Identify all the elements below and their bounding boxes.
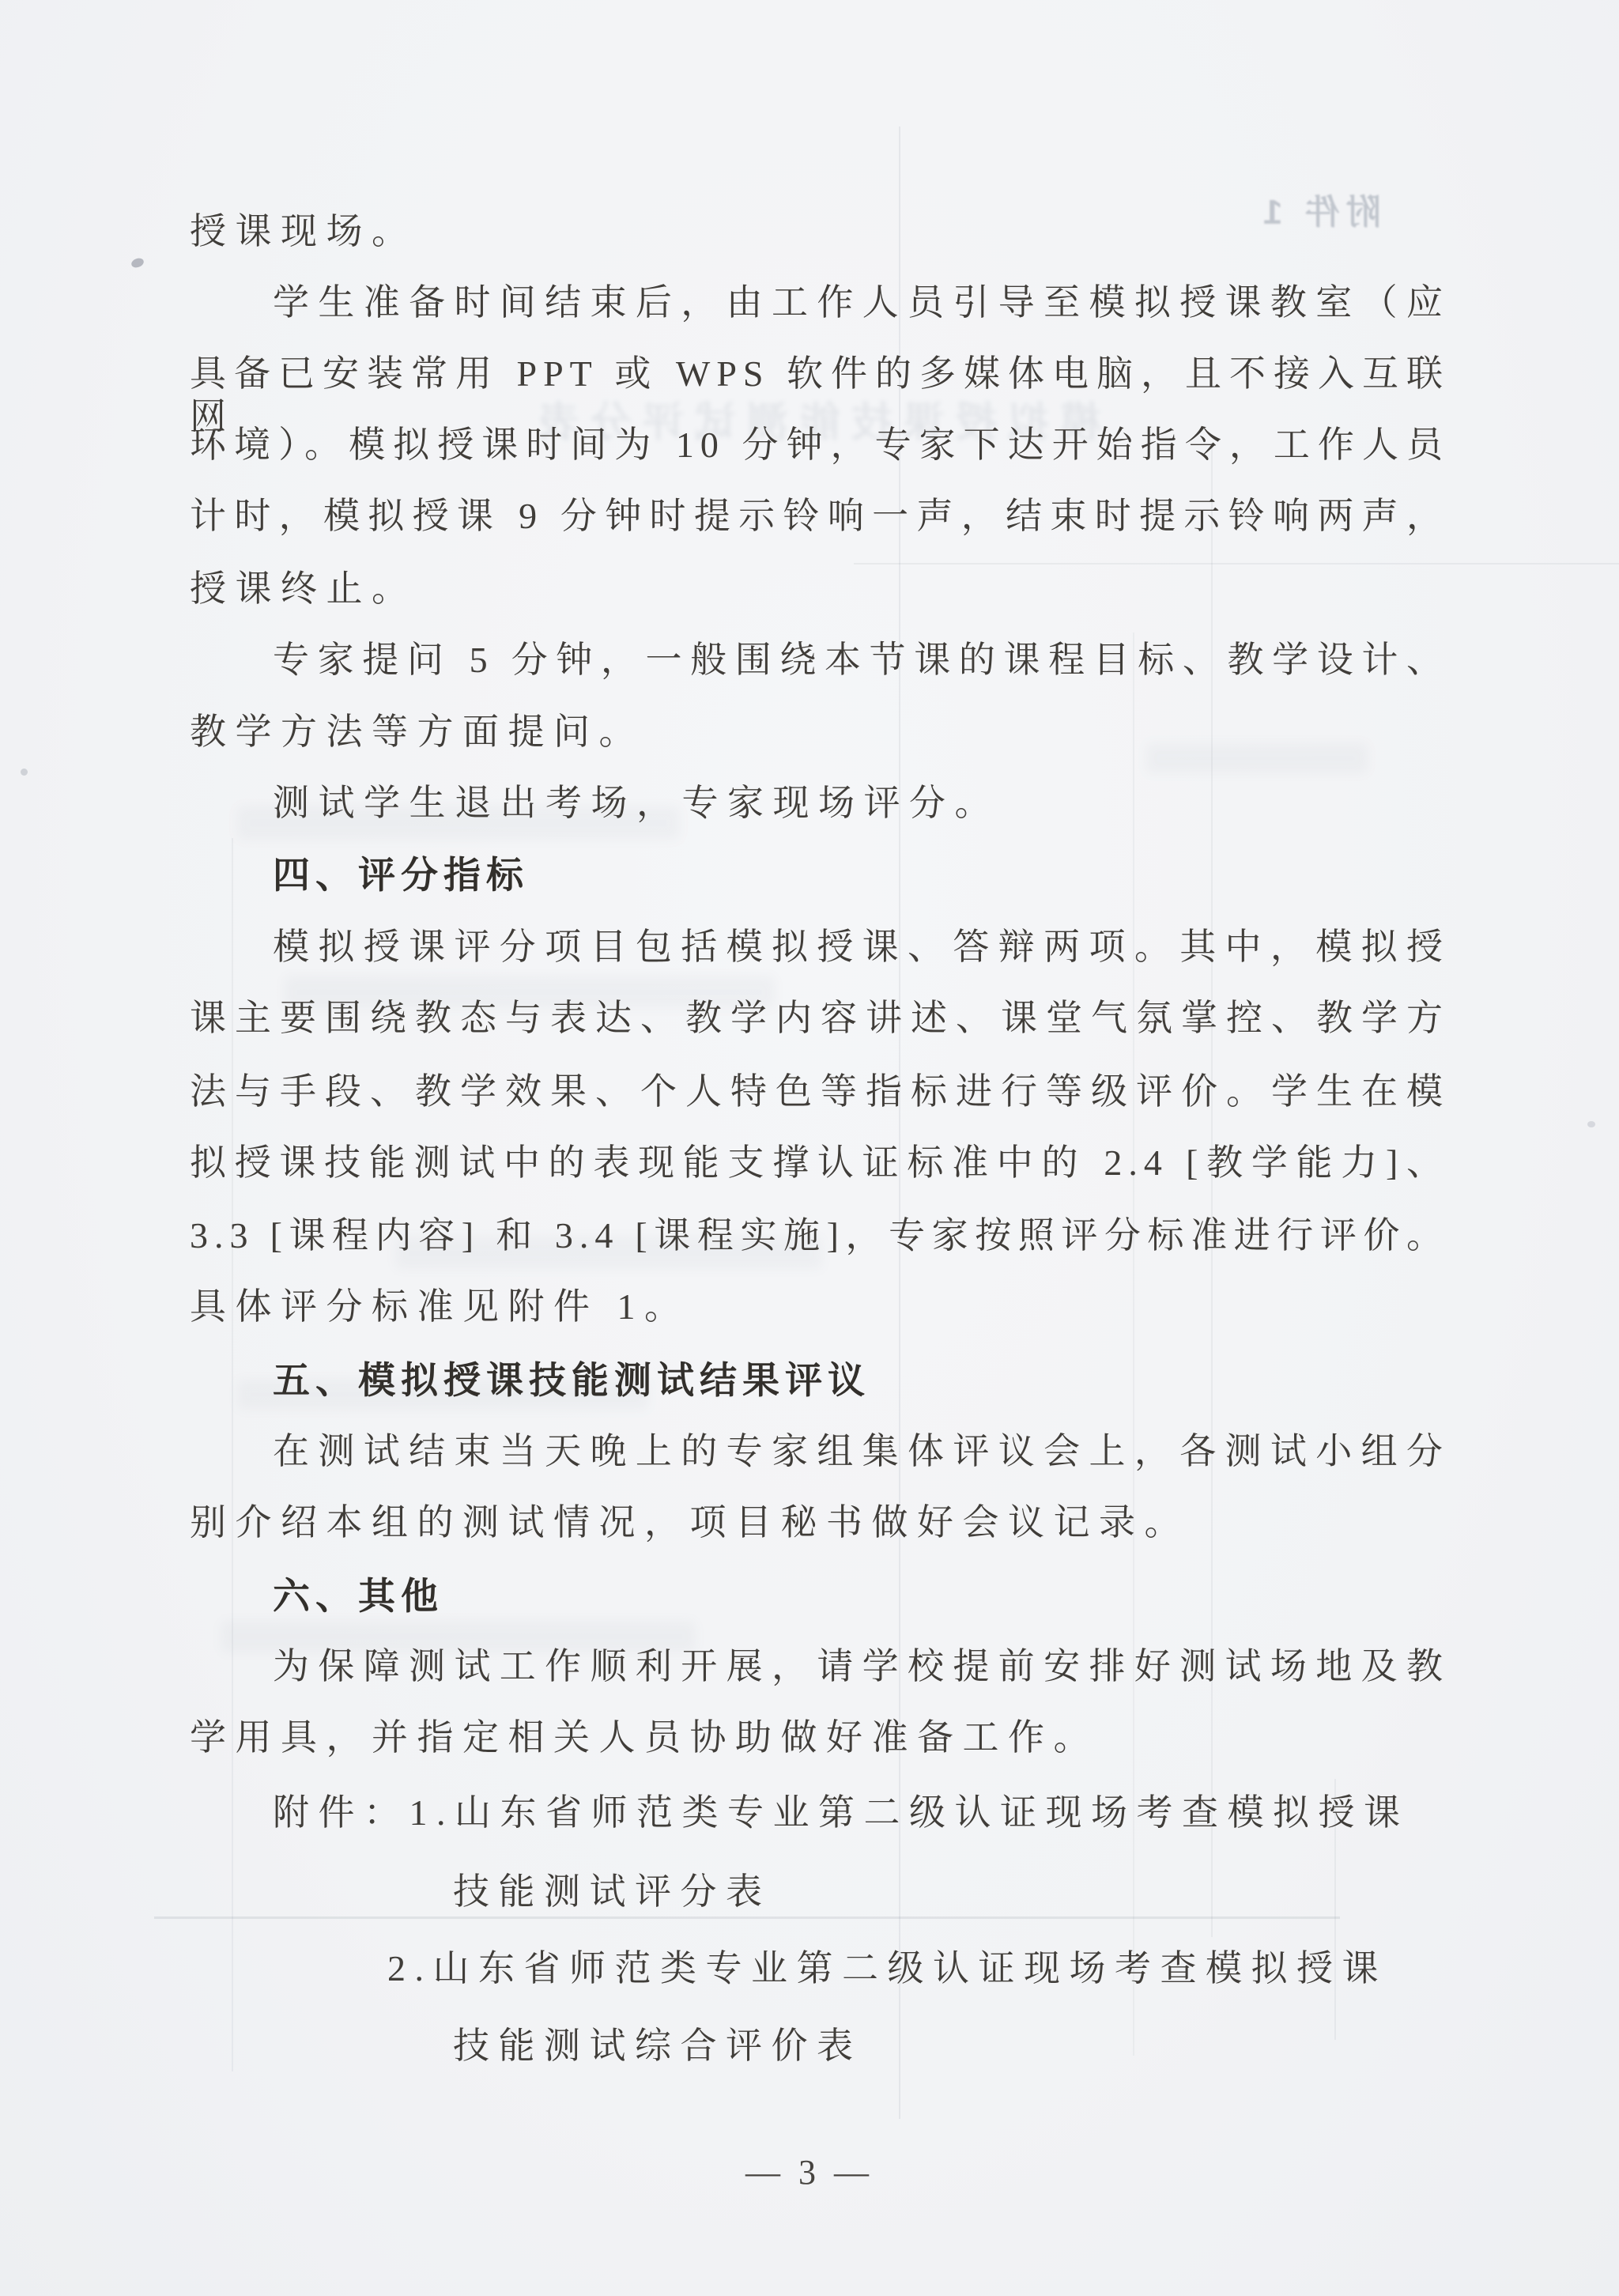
scan-speckle [1587,1121,1595,1127]
body-line: 测试学生退出考场，专家现场评分。 [273,782,1000,825]
body-line: 3.3 [课程内容] 和 3.4 [课程实施]，专家按照评分标准进行评价。 [190,1214,1449,1257]
body-line: 为保障测试工作顺利开展，请学校提前安排好测试场地及教 [273,1645,1449,1688]
body-line: 在测试结束当天晚上的专家组集体评议会上，各测试小组分 [273,1430,1449,1473]
scan-speckle [21,768,28,776]
body-line: 课主要围绕教态与表达、教学内容讲述、课堂气氛掌控、教学方 [190,997,1449,1040]
attachment-line-2: 2.山东省师范类专业第二级认证现场考查模拟授课 [387,1947,1387,1990]
bleedthrough-horizontal-line [854,563,1619,565]
attachment-line-1: 附件：1.山东省师范类专业第二级认证现场考查模拟授课 [273,1792,1410,1834]
attachment-line-2-cont: 技能测试综合评价表 [453,2025,862,2068]
bleedthrough-vertical-line [1133,633,1134,2056]
body-line: 授课现场。 [190,210,417,253]
body-line: 具体评分标准见附件 1。 [190,1286,690,1328]
bleedthrough-smudge [1146,743,1368,773]
heading-section-5: 五、模拟授课技能测试结果评议 [273,1358,870,1402]
body-line: 学用具，并指定相关人员协助做好准备工作。 [190,1716,1099,1759]
heading-section-4: 四、评分指标 [273,853,529,897]
body-line: 环境）。模拟授课时间为 10 分钟，专家下达开始指令，工作人员 [190,424,1449,466]
body-line: 计时，模拟授课 9 分钟时提示铃响一声，结束时提示铃响两声， [190,495,1449,538]
body-line: 拟授课技能测试中的表现能支撑认证标准中的 2.4 [教学能力]、 [190,1142,1449,1184]
body-line: 专家提问 5 分钟，一般围绕本节课的课程目标、教学设计、 [273,639,1449,682]
scanned-document-page: 附件 1 模拟授课技能测试评分表 授课现场。 学生准备时间结束后，由工作人员引导… [0,0,1619,2296]
body-line: 模拟授课评分项目包括模拟授课、答辩两项。其中，模拟授 [273,926,1449,969]
page-number: — 3 — [0,2152,1619,2192]
body-line: 学生准备时间结束后，由工作人员引导至模拟授课教室（应 [273,281,1449,324]
heading-section-6: 六、其他 [273,1574,443,1618]
bleedthrough-attachment-label: 附件 1 [1257,183,1381,234]
attachment-line-1-cont: 技能测试评分表 [453,1871,772,1913]
body-line: 别介绍本组的测试情况，项目秘书做好会议记录。 [190,1501,1190,1544]
body-line: 法与手段、教学效果、个人特色等指标进行等级评价。学生在模 [190,1071,1449,1113]
body-line: 授课终止。 [190,568,417,610]
bleedthrough-horizontal-line [154,1916,1340,1919]
body-line: 教学方法等方面提问。 [190,711,644,753]
scan-speckle [130,257,145,270]
